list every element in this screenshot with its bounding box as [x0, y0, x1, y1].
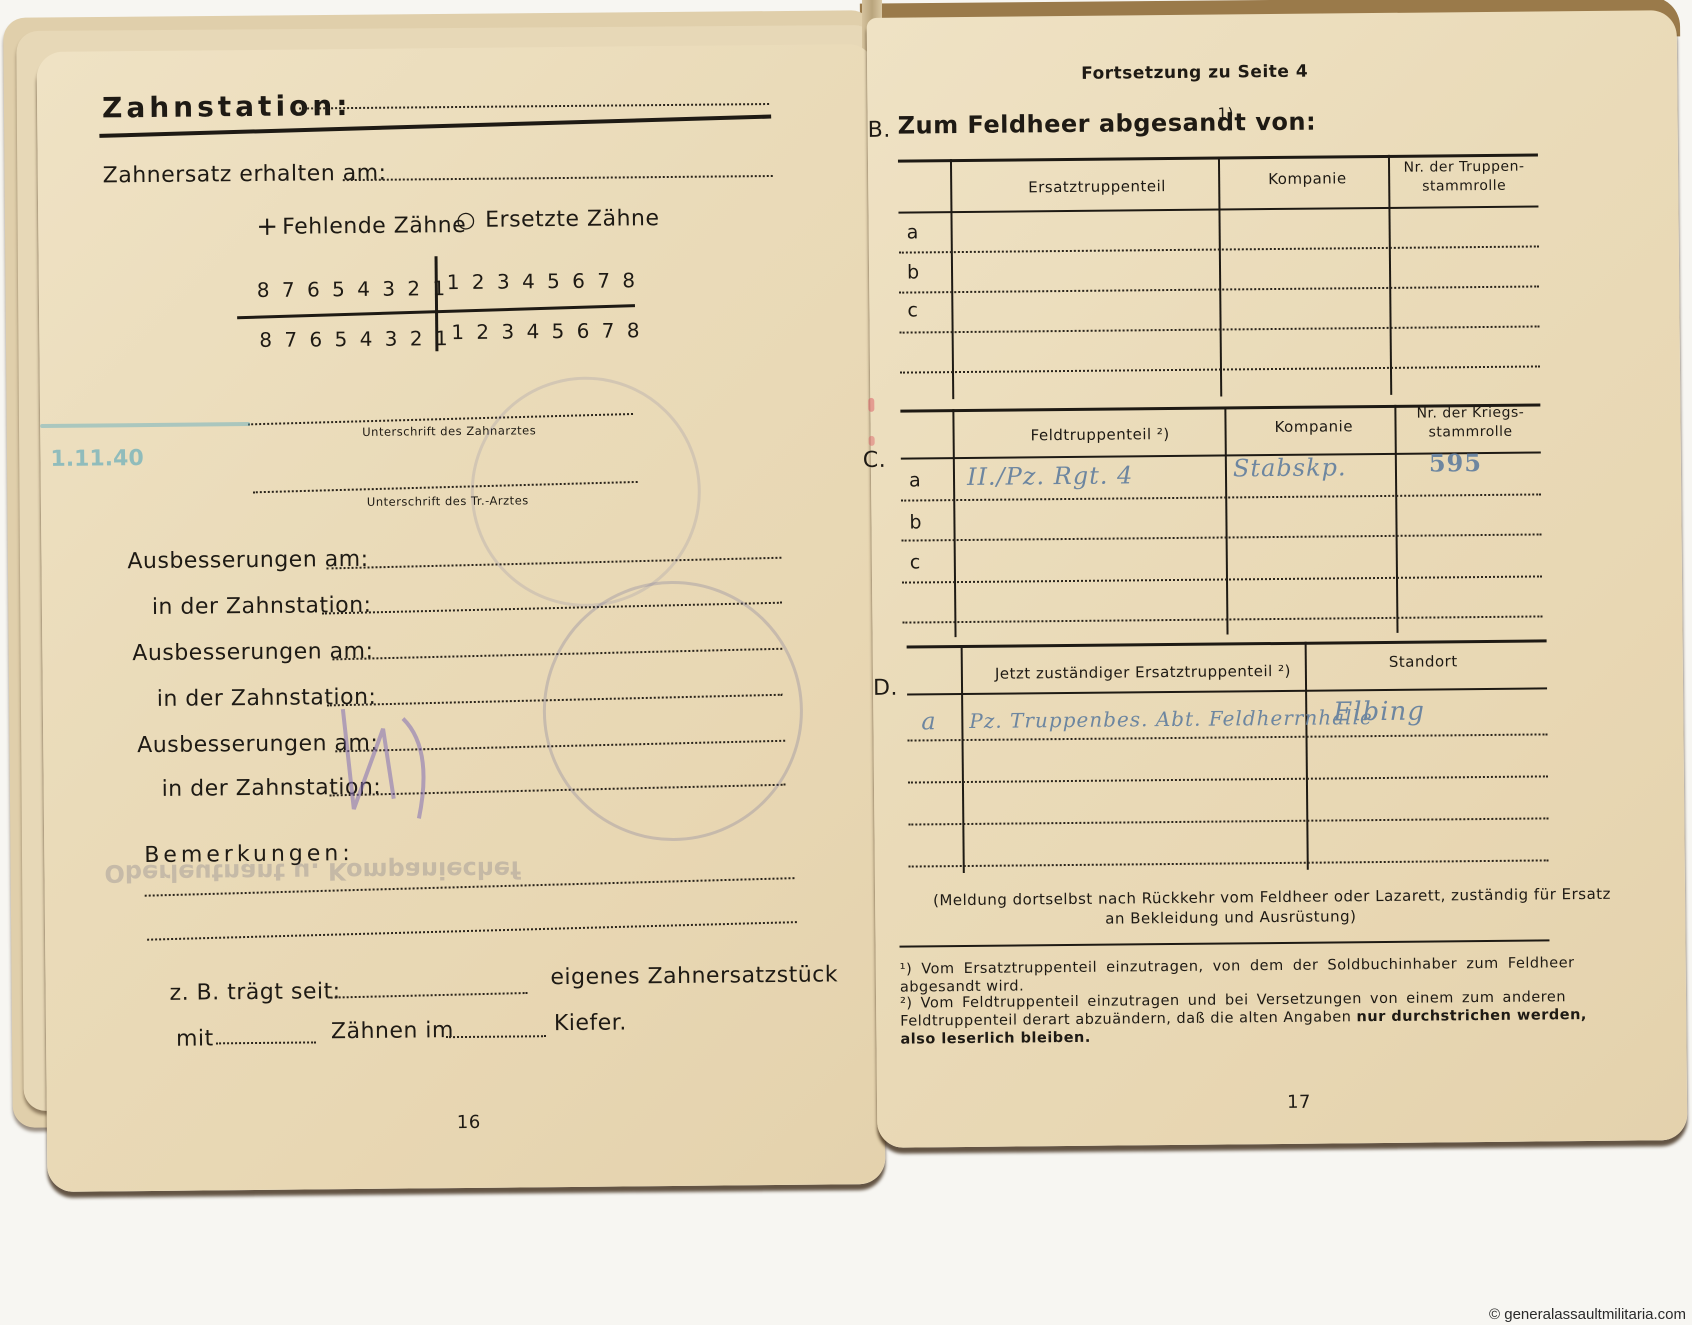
- col-kompanie: Kompanie: [1268, 169, 1347, 188]
- zahnersatz-label: Zahnersatz erhalten am:: [103, 161, 387, 189]
- section-b-title: Zum Feldheer abgesandt von:: [897, 108, 1316, 140]
- red-speck: [869, 436, 875, 446]
- repair-station-label-1: in der Zahnstation:: [152, 593, 372, 620]
- col-divider: [961, 645, 965, 873]
- remarks-field-2[interactable]: [147, 921, 797, 941]
- section-c-letter: C.: [863, 448, 887, 473]
- section-b-letter: B.: [868, 118, 891, 143]
- row-key-b: b: [909, 511, 922, 533]
- col-truppenstammrolle: Nr. der Truppen-stammrolle: [1394, 158, 1534, 197]
- circle-icon: ○: [456, 208, 476, 233]
- watermark: © generalassaultmilitaria.com: [1489, 1306, 1686, 1323]
- own-prosthesis-label: eigenes Zahnersatzstück: [550, 962, 838, 990]
- footnote-2-line-3: also leserlich bleiben.: [900, 1030, 1091, 1048]
- col-kompanie: Kompanie: [1274, 417, 1353, 436]
- tooth-row-lower-left[interactable]: 8 7 6 5 4 3 2 1: [259, 326, 451, 352]
- jaw-label: Kiefer.: [554, 1010, 627, 1036]
- left-page: Zahnstation: Zahnersatz erhalten am: + F…: [37, 44, 886, 1192]
- footnote-ref-1: 1): [1217, 104, 1234, 122]
- stamp-rank-text: Oberleutnant u. Kompaniechef: [104, 855, 520, 887]
- plus-icon: +: [256, 212, 279, 242]
- section-d-letter: D.: [873, 676, 898, 701]
- teeth-count-field[interactable]: [216, 1041, 316, 1044]
- col-ersatztruppenteil: Ersatztruppenteil: [1028, 177, 1166, 196]
- with-label: mit: [176, 1026, 214, 1051]
- col-divider: [1218, 157, 1222, 397]
- row-key-c: c: [907, 299, 918, 321]
- col-divider: [952, 409, 956, 637]
- round-stamp: [542, 580, 804, 842]
- handwritten-standort: Elbing: [1333, 697, 1425, 728]
- row-field-a[interactable]: [901, 493, 1541, 501]
- replaced-teeth-label: Ersetzte Zähne: [485, 206, 659, 233]
- zahnersatz-date-field[interactable]: [343, 175, 773, 181]
- row-key-a: a: [907, 221, 919, 243]
- col-divider: [950, 159, 954, 399]
- row-field-c[interactable]: [902, 575, 1542, 583]
- page-number-17: 17: [1287, 1092, 1311, 1113]
- row-key-b: b: [907, 261, 920, 283]
- col-kriegsstammrolle: Nr. der Kriegs-stammrolle: [1400, 403, 1540, 442]
- tooth-row-lower-right[interactable]: 1 2 3 4 5 6 7 8: [451, 318, 643, 344]
- row-field-2[interactable]: [908, 775, 1548, 783]
- col-standort: Standort: [1389, 652, 1458, 671]
- jaw-field[interactable]: [446, 1035, 546, 1038]
- footnote-2-line-2-bold: nur durchstrichen werden,: [1356, 1007, 1587, 1025]
- teal-stamp-line: [40, 422, 250, 428]
- tooth-chart-vertical-rule: [435, 256, 439, 351]
- teeth-in-label: Zähnen im: [331, 1018, 454, 1044]
- zahnstation-field[interactable]: [299, 103, 769, 110]
- wears-since-label: z. B. trägt seit:: [169, 979, 340, 1006]
- continuation-note: Fortsetzung zu Seite 4: [1081, 62, 1308, 84]
- col-feldtruppenteil: Feldtruppenteil ²): [1031, 425, 1170, 444]
- row-key-a: a: [921, 707, 937, 735]
- col-divider: [1388, 155, 1392, 395]
- col-divider: [1394, 405, 1398, 633]
- footnote-2-line-2-normal: Feldtruppenteil derart abzuändern, daß d…: [900, 1009, 1356, 1029]
- footnote-1-line-2: abgesandt wird.: [900, 978, 1024, 995]
- row-key-c: c: [910, 551, 921, 573]
- violet-signature: [323, 688, 454, 839]
- repair-date-label-2: Ausbesserungen am:: [132, 639, 373, 666]
- tooth-row-upper-right[interactable]: 1 2 3 4 5 6 7 8: [447, 268, 639, 294]
- repair-date-label-1: Ausbesserungen am:: [127, 547, 368, 574]
- row-field-extra[interactable]: [902, 615, 1542, 623]
- red-speck: [868, 398, 874, 412]
- row-field-b[interactable]: [902, 533, 1542, 541]
- footnote-1-line-1: ¹) Vom Ersatztruppenteil einzutragen, vo…: [900, 955, 1575, 977]
- wears-since-field[interactable]: [328, 992, 528, 999]
- section-d-note-2: an Bekleidung und Ausrüstung): [1105, 907, 1356, 927]
- row-field-4[interactable]: [909, 859, 1549, 867]
- handwritten-kompanie: Stabskp.: [1233, 453, 1347, 482]
- row-field-a[interactable]: [908, 733, 1548, 741]
- section-d-note-1: (Meldung dortselbst nach Rückkehr vom Fe…: [933, 885, 1611, 910]
- stamp-date-text: 1.11.40: [50, 446, 144, 472]
- col-divider: [1224, 406, 1228, 634]
- right-page: Fortsetzung zu Seite 4 B. Zum Feldheer a…: [867, 10, 1688, 1148]
- missing-teeth-label: Fehlende Zähne: [282, 213, 466, 240]
- handwritten-feldtruppenteil: II./Pz. Rgt. 4: [967, 461, 1134, 491]
- row-field-3[interactable]: [908, 817, 1548, 825]
- handwritten-ersatztruppenteil: Pz. Truppenbes. Abt. Feldherrnhalle: [969, 705, 1373, 733]
- col-divider: [1305, 642, 1309, 870]
- handwritten-stammrolle-number: 595: [1429, 448, 1482, 478]
- tooth-row-upper-left[interactable]: 8 7 6 5 4 3 2 1: [257, 276, 449, 302]
- row-key-a: a: [909, 469, 921, 491]
- section-d-header-rule: [907, 687, 1547, 695]
- section-d-top-rule: [907, 639, 1547, 648]
- col-jetzt-zustaendiger: Jetzt zuständiger Ersatztruppenteil ²): [995, 662, 1291, 683]
- page-number-16: 16: [457, 1112, 481, 1133]
- footnote-divider: [900, 939, 1550, 947]
- round-stamp-faint: [470, 376, 702, 608]
